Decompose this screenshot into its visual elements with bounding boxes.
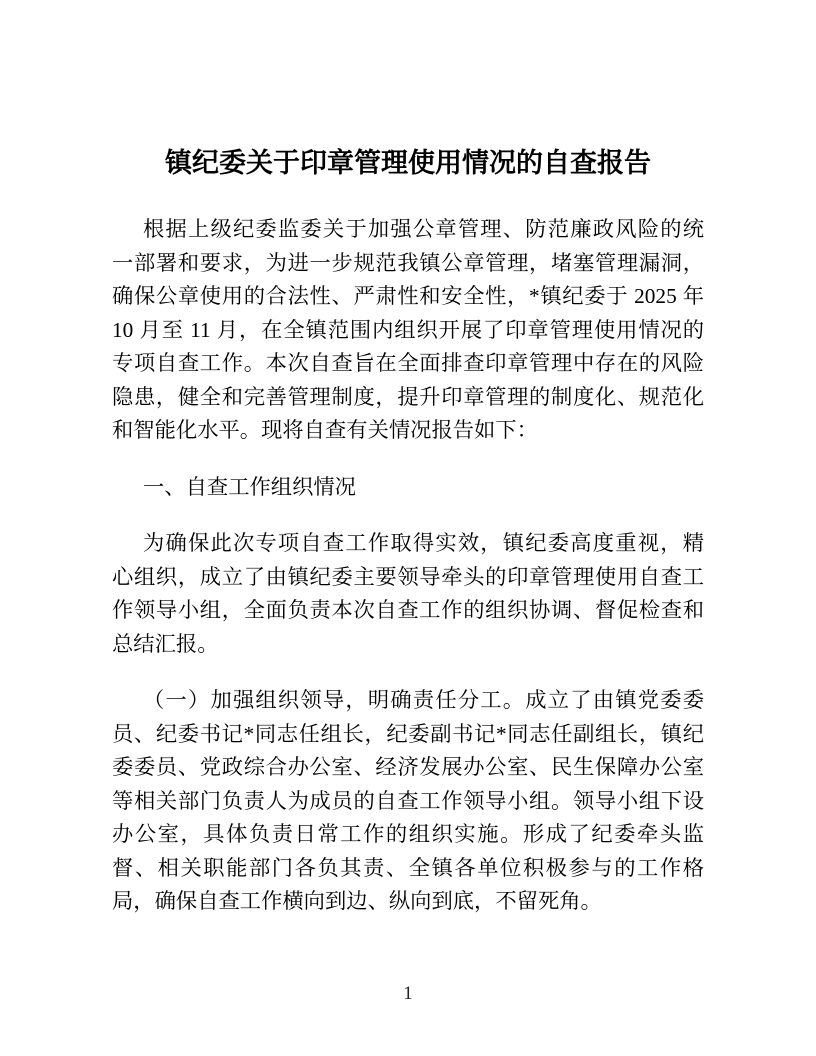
text-line: 和智能化水平。现将自查有关情况报告如下： [112,414,704,448]
text-line: 隐患，健全和完善管理制度，提升印章管理的制度化、规范化 [112,381,704,415]
text-line: 办公室，具体负责日常工作的组织实施。形成了纪委牵头监 [112,818,704,852]
document-title: 镇纪委关于印章管理使用情况的自查报告 [112,145,704,181]
page-number: 1 [0,983,816,1005]
paragraph: （一）加强组织领导，明确责任分工。成立了由镇党委委员、纪委书记*同志任组长，纪委… [112,684,704,919]
text-line: 等相关部门负责人为成员的自查工作领导小组。领导小组下设 [112,785,704,819]
text-line: 一部署和要求，为进一步规范我镇公章管理，堵塞管理漏洞， [112,247,704,281]
text-line: 员、纪委书记*同志任组长，纪委副书记*同志任副组长，镇纪 [112,718,704,752]
text-line: 根据上级纪委监委关于加强公章管理、防范廉政风险的统 [112,213,704,247]
text-line: 确保公章使用的合法性、严肃性和安全性，*镇纪委于 2025 年 [112,280,704,314]
text-line: 总结汇报。 [112,628,704,662]
document-page: 镇纪委关于印章管理使用情况的自查报告 根据上级纪委监委关于加强公章管理、防范廉政… [0,0,816,1056]
text-line: 心组织，成立了由镇纪委主要领导牵头的印章管理使用自查工 [112,561,704,595]
text-line: 委委员、党政综合办公室、经济发展办公室、民生保障办公室 [112,751,704,785]
text-line: 10 月至 11 月，在全镇范围内组织开展了印章管理使用情况的 [112,314,704,348]
text-line: 为确保此次专项自查工作取得实效，镇纪委高度重视，精 [112,527,704,561]
document-body: 根据上级纪委监委关于加强公章管理、防范廉政风险的统一部署和要求，为进一步规范我镇… [112,213,704,919]
section-heading: 一、自查工作组织情况 [112,471,704,505]
text-line: 作领导小组，全面负责本次自查工作的组织协调、督促检查和 [112,594,704,628]
paragraph: 根据上级纪委监委关于加强公章管理、防范廉政风险的统一部署和要求，为进一步规范我镇… [112,213,704,448]
text-line: （一）加强组织领导，明确责任分工。成立了由镇党委委 [112,684,704,718]
text-line: 专项自查工作。本次自查旨在全面排查印章管理中存在的风险 [112,347,704,381]
text-line: 督、相关职能部门各负其责、全镇各单位积极参与的工作格 [112,852,704,886]
text-line: 局，确保自查工作横向到边、纵向到底，不留死角。 [112,885,704,919]
paragraph: 为确保此次专项自查工作取得实效，镇纪委高度重视，精心组织，成立了由镇纪委主要领导… [112,527,704,661]
